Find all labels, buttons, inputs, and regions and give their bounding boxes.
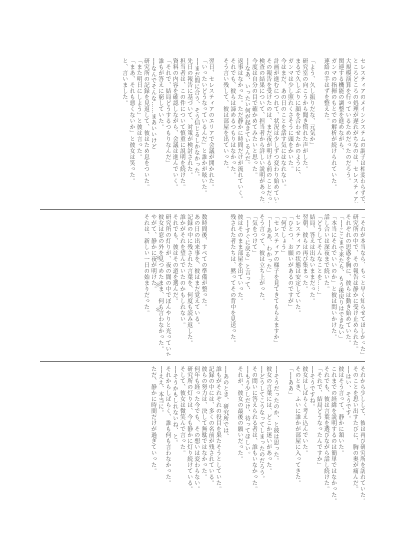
text-column: ──まだ間に合う、そう信じるしかなかった。: [192, 58, 199, 203]
text-tier-lower: それから少しして、彼は再び研究所を訪れていた。そのことを思い出すたびに、胸の奥が…: [40, 366, 365, 501]
text-column: 「ひとつ、お願いがあるのですが」: [286, 214, 293, 356]
text-column: 「それで、結局どうなったんですか」: [315, 366, 322, 501]
text-column: 今度は自分の目で確かめてみたいと思った。: [250, 58, 257, 203]
text-column: そのことを思い出すたびに、胸の奥が痛んだ。: [351, 366, 358, 501]
text-column: 誰もが答えに窮していた。: [156, 58, 163, 203]
text-column: ──はい、そうです。: [343, 366, 350, 501]
text-column: 翌朝、彼らは再び集まった。: [300, 214, 307, 356]
vertical-text-columns-upper: セレスティアのメインシステムの調子は相変わらずで、ところどころの処理が遅れがちな…: [120, 58, 365, 203]
text-column: その問いに答えられる者は、誰もいなかった。: [250, 366, 257, 501]
text-column: 「──ああ」: [286, 366, 293, 501]
text-column: 何年も経った今でも、その想いは変わらない。: [192, 366, 199, 501]
text-column: 話し合いは深夜まで続いた。: [322, 214, 329, 356]
text-column: [214, 58, 221, 203]
document-page: セレスティアのメインシステムの調子は相変わらずで、ところどころの処理が遅れがちな…: [0, 0, 400, 560]
text-column: そして、彼女は微笑んで言った。: [178, 366, 185, 501]
text-column: これまでの経緯を説明するのは簡単ではなかった。: [329, 366, 336, 501]
text-column: 数時間後、すべての準備が整った。: [199, 214, 206, 356]
text-column: セレスティアの状態は安定していた。: [293, 214, 300, 356]
text-column: 連絡の手はずを整えた。: [322, 58, 329, 203]
text-column: 結局、答えは出ないままだった。: [307, 214, 314, 356]
text-column: ──もう少しだけ、待ってほしい。: [243, 366, 250, 501]
text-column: 誰もがそれぞれの役目を果たそうとしていた。: [214, 366, 221, 501]
text-column: それから少しして、彼は再び研究所を訪れていた。: [358, 366, 365, 501]
text-column: 「──ここまで来たら、もう後戻りはできない」: [336, 214, 343, 356]
text-column: 「本当にそれでいいのか」と彼は問いかけた。: [329, 214, 336, 356]
text-column: それぞれの思惑を胸に、彼らは動き始めていた。: [343, 214, 350, 356]
tier-divider: [40, 361, 365, 362]
text-column: 返事はなかった。ただ静かに時間だけが流れていく。: [235, 58, 242, 203]
text-tier-upper: セレスティアのメインシステムの調子は相変わらずで、ところどころの処理が遅れがちな…: [40, 58, 365, 203]
text-column: [315, 58, 322, 203]
text-column: それからしばらく、誰も何も言わなかった。: [163, 366, 170, 501]
text-column: 検査の結果について、担当者から詳しい説明があった。: [257, 58, 264, 203]
text-column: 担当者は、この件について慎重に説明を続けた。: [178, 58, 185, 203]
vertical-text-columns-lower: それから少しして、彼は再び研究所を訪れていた。そのことを思い出すたびに、胸の奥が…: [149, 366, 365, 501]
text-column: 「それが本当なら、もっと早く知らせてほしかった」: [358, 214, 365, 356]
text-column: 研究所の記録を見返して、彼はため息をついた。: [142, 58, 149, 203]
text-column: 彼女はしばらく考え込んでいた。: [300, 366, 307, 501]
text-column: それが、彼女の最後の願いだった。: [235, 366, 242, 501]
text-column: 資料の内容を確認しながら、会議は進んでいく。: [171, 58, 178, 203]
text-column: ──なんでそんな……まあいいけど: [149, 58, 156, 203]
text-column: 記録の中に残された言葉を、何度も読み返した。: [185, 214, 192, 356]
text-column: 「それで、結局どうするつもりなんだ」: [163, 58, 170, 203]
text-column: 彼女の言葉には、どこか迷いがあった。: [264, 366, 271, 501]
text-column: 研究所の灯りが、夜の闇の中でぼんやりと光っていた。: [163, 214, 170, 356]
text-column: ──そうですね。: [307, 366, 314, 501]
text-column: ガンマは少し照れくさそうに頭をかいた。: [286, 58, 293, 203]
text-column: 今はまだ、あの日のことを話す気にはなれない。: [279, 58, 286, 203]
section-break-mark: ＊: [155, 308, 161, 314]
text-column: まるで久しぶりに顔を合わせたかのように、: [293, 58, 300, 203]
text-column: ──ええ、本当に。: [156, 366, 163, 501]
text-column: 「セレスティアの様子を見てきてもらえますか」: [271, 214, 278, 356]
text-column: 「気をつけて」: [250, 214, 257, 356]
text-column: それでも、彼は言葉を選びながら話し続けた。: [322, 366, 329, 501]
text-column: 「また明日にしよう」と彼は言った。: [135, 58, 142, 203]
text-column: セレスティアのメインシステムの調子は相変わらずで、: [358, 58, 365, 203]
text-column: と、言いました。: [120, 58, 127, 203]
text-column: 彼はそのまま部屋を出ていった。: [235, 214, 242, 356]
text-column: ──どうしてこうなってしまったのだろう。: [257, 366, 264, 501]
text-column: それでも、彼はその道を選んだ。: [171, 214, 178, 356]
text-column: ところどころの処理が遅れがちなのは、セレスティアが内部で: [351, 58, 358, 203]
text-column: そう言い残して、彼は部屋を出ていった。: [221, 58, 228, 203]
text-column: 「いったいどうなっているんだ」と誰かが呟いた。: [199, 58, 206, 203]
text-column: 関連する機能の調整を進めながら、: [336, 58, 343, 203]
text-column: ガンマの指揮のもとでの解析が続けられていた。: [329, 58, 336, 203]
text-column: 誰かがそれを望んでいたのかもしれない。: [178, 214, 185, 356]
text-column: [214, 214, 221, 356]
text-column: ──なあ、いったい何が起きているんだ。: [243, 58, 250, 203]
text-column: 記録の中には、多くの名前が残されている。: [207, 366, 214, 501]
text-column: ただ、静かに時間だけが過ぎていった。: [149, 366, 156, 501]
text-tier-middle: 「それが本当なら、もっと早く知らせてほしかった」研究所の中で、その報告は静かに受…: [40, 214, 365, 356]
text-column: [228, 366, 235, 501]
text-column: 「まあ、それも悪くないか」と彼女は笑った。: [127, 58, 134, 203]
text-column: それでも、彼らは諦めるつもりはなかった。: [228, 58, 235, 203]
text-column: そう言って、彼は立ち上がった。: [257, 214, 264, 356]
text-column: ──そうかもしれないね、と。: [171, 366, 178, 501]
section-break-mark: ＊: [155, 283, 161, 289]
text-column: 大規模演算を行っているためだったのだろう。: [343, 58, 350, 203]
text-column: そのとき、ふいに誰かが部屋に入ってきた。: [293, 366, 300, 501]
text-column: 翌日、セレスティアのエリアで会議が開かれた。: [207, 58, 214, 203]
text-column: ──そうだったのか、と彼は思った。: [271, 366, 278, 501]
text-column: 研究室の向こうから聞き慣れた声がした。: [300, 58, 307, 203]
text-column: 研究所の灯りは、今も静かに灯り続けている。: [185, 366, 192, 501]
text-column: 「何でしょう」: [279, 214, 286, 356]
text-column: 残された者たちは、黙ってその背中を見送った。: [228, 214, 235, 356]
text-column: [279, 366, 286, 501]
text-column: 「どうしてそんなことを……」: [315, 214, 322, 356]
text-column: ──あのとき、研究所では、: [221, 366, 228, 501]
text-column: その報告を受けたのは、まだ夜が明ける前のことだった。: [264, 58, 271, 203]
text-column: 研究所の中で、その報告は静かに受け止められた。: [351, 214, 358, 356]
text-column: あの日の出来事を、彼はまだ覚えている。: [192, 214, 199, 356]
text-column: 先日の報告に基づいて、対策が検討された。: [185, 58, 192, 203]
tier-divider: [40, 209, 365, 210]
text-column: それは、新しい一日の始まりだった。: [142, 214, 149, 356]
text-column: 計画が進むにつれて、状況は少しずつ変わり始めていた。: [271, 58, 278, 203]
vertical-text-columns-middle: 「それが本当なら、もっと早く知らせてほしかった」研究所の中で、その報告は静かに受…: [142, 214, 365, 356]
text-column: [207, 214, 214, 356]
text-column: 「──すぐに戻る」と言って、: [243, 214, 250, 356]
section-break-mark: ＊: [155, 256, 161, 262]
text-column: [221, 214, 228, 356]
text-column: 「よう、久し振りだな、元気か」: [307, 58, 314, 203]
text-column: 彼らの努力は、決して無駄ではなかった。: [199, 366, 206, 501]
text-column: 彼はそう言って、静かに頷いた。: [336, 366, 343, 501]
text-column: 「──ああ、わかった」: [264, 214, 271, 356]
